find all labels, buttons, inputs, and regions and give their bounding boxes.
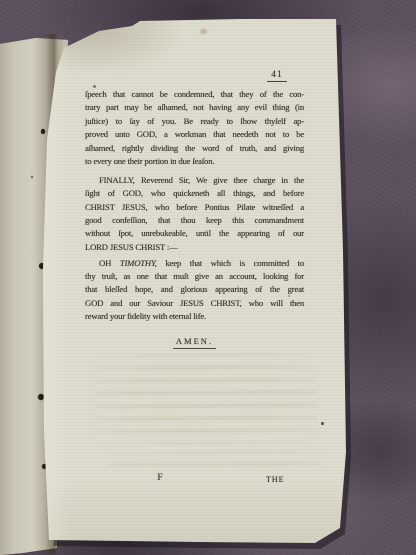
text-line: juſtice) to ſay of you. Be ready to ſhow… xyxy=(85,115,304,128)
text-line: proved unto GOD, a workman that needeth … xyxy=(85,128,304,141)
text-segment: OH xyxy=(99,258,120,268)
show-through-ghost-text xyxy=(95,352,318,446)
text-line: CHRIST JESUS, who before Pontius Pilate … xyxy=(85,201,304,214)
body-text: ſpeech that cannot be condemned, that th… xyxy=(85,88,304,324)
text-line: trary part may be aſhamed, not having an… xyxy=(85,101,304,114)
signature-mark: F xyxy=(150,473,170,483)
catchword: THE xyxy=(266,475,285,484)
stitch-hole xyxy=(31,176,33,178)
text-line: ſight of GOD, who quickeneth all things,… xyxy=(85,187,304,200)
text-line: ſpeech that cannot be condemned, that th… xyxy=(85,88,304,101)
text-line: to every one their portion in due ſeaſon… xyxy=(85,155,304,168)
foxing-spot xyxy=(321,422,324,425)
text-line: LORD JESUS CHRIST :— xyxy=(85,241,304,254)
stitch-hole xyxy=(41,129,45,134)
page-number-value: 41 xyxy=(267,70,287,82)
book-photo: 41 ſpeech that cannot be condemned, that… xyxy=(0,0,416,555)
paragraph: ſpeech that cannot be condemned, that th… xyxy=(85,88,304,168)
paragraph: OH TIMOTHY, keep that which is committed… xyxy=(85,257,304,324)
stitch-hole xyxy=(38,394,44,400)
foxing-spot xyxy=(200,29,207,34)
page-number: 41 xyxy=(258,70,296,80)
amen-text: AMEN. xyxy=(173,336,216,349)
text-line: OH TIMOTHY, keep that which is committed… xyxy=(85,257,304,270)
text-line: good confeſſion, that thou keep this com… xyxy=(85,214,304,227)
amen-colophon: AMEN. xyxy=(85,336,304,346)
text-segment-italic: TIMOTHY, xyxy=(120,258,157,268)
text-segment: keep that which is committed to xyxy=(157,258,304,268)
text-line: reward your fidelity with eternal life. xyxy=(85,310,304,323)
text-line: GOD and our Saviour JESUS CHRIST, who wi… xyxy=(85,297,304,310)
paragraph: FINALLY, Reverend Sir, We give thee char… xyxy=(85,174,304,254)
text-line: FINALLY, Reverend Sir, We give thee char… xyxy=(85,174,304,187)
text-line: aſhamed, rightly dividing the word of tr… xyxy=(85,142,304,155)
text-line: thy truſt, as one that muſt give an acco… xyxy=(85,270,304,283)
text-line: that bleſſed hope, and glorious appearin… xyxy=(85,283,304,296)
show-through-ghost-text xyxy=(108,449,323,473)
text-line: without ſpot, unrebukeable, until the ap… xyxy=(85,227,304,240)
